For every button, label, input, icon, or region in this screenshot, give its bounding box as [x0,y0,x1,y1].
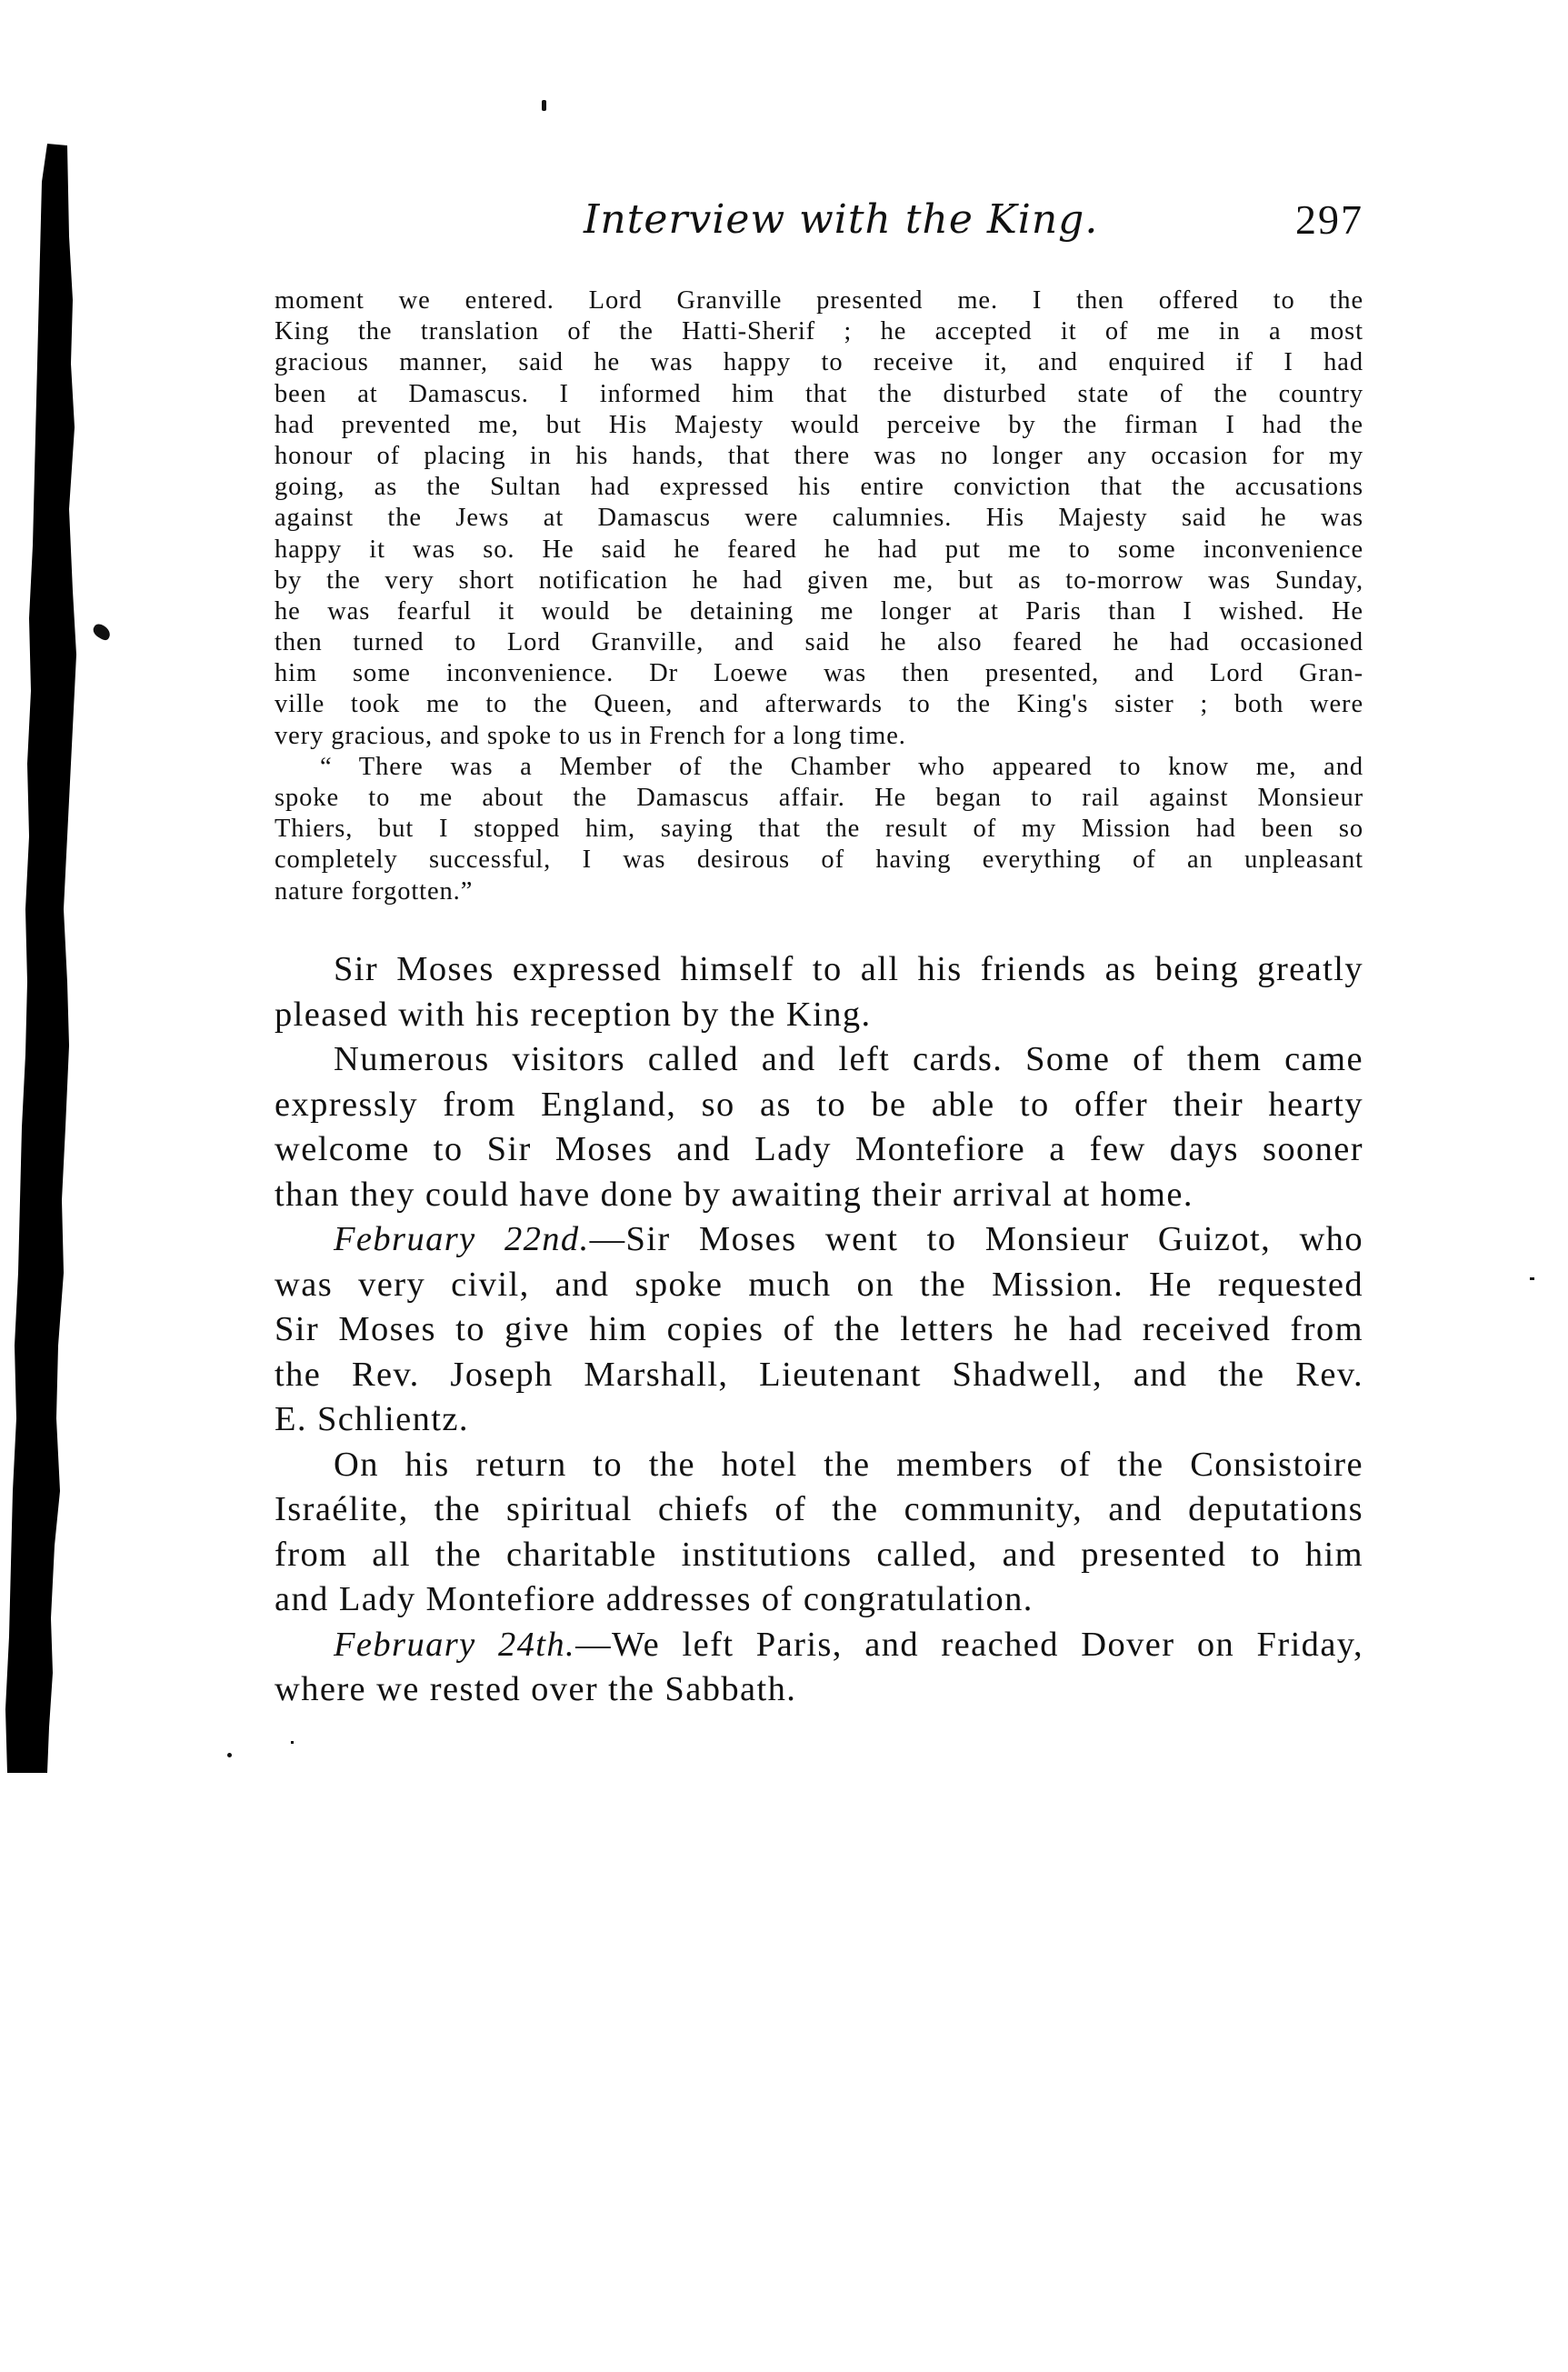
text-line: honour of placing in his hands, that the… [275,441,1363,472]
text-line: happy it was so. He said he feared he ha… [275,535,1363,565]
text-line: nature forgotten.” [275,876,1363,907]
text-line: gracious manner, said he was happy to re… [275,347,1363,378]
text-line: the Rev. Joseph Marshall, Lieutenant Sha… [275,1353,1363,1398]
text-line: King the translation of the Hatti-Sherif… [275,316,1363,347]
text-line: against the Jews at Damascus were calumn… [275,503,1363,534]
book-page: Interview with the King. 297 moment we e… [0,0,1568,2372]
scan-speck [227,1753,232,1757]
text-line: was very civil, and spoke much on the Mi… [275,1263,1363,1308]
text-line: from all the charitable institutions cal… [275,1533,1363,1578]
text-run: —Sir Moses went to Monsieur Guizot, who [590,1220,1363,1258]
paragraph: Sir Moses expressed himself to all his f… [275,947,1363,1037]
text-line: where we rested over the Sabbath. [275,1667,1363,1713]
page-number: 297 [1295,193,1363,247]
quoted-letter: moment we entered. Lord Granville presen… [275,285,1363,907]
text-line: spoke to me about the Damascus affair. H… [275,783,1363,814]
text-line: On his return to the hotel the members o… [275,1443,1363,1488]
text-line: E. Schlientz. [275,1397,1363,1443]
running-title: Interview with the King. [584,193,1098,247]
text-run: —We left Paris, and reached Dover on Fri… [575,1626,1363,1664]
text-line: then turned to Lord Granville, and said … [275,627,1363,658]
text-line: moment we entered. Lord Granville presen… [275,285,1363,316]
text-line: than they could have done by awaiting th… [275,1173,1363,1218]
text-line: “ There was a Member of the Chamber who … [275,752,1363,783]
text-line: Numerous visitors called and left cards.… [275,1037,1363,1083]
scan-speck [1530,1277,1534,1280]
date-label: February 24th. [334,1626,575,1664]
date-label: February 22nd. [334,1220,590,1258]
text-line: completely successful, I was desirous of… [275,845,1363,876]
text-line: ville took me to the Queen, and afterwar… [275,689,1363,720]
scan-speck [291,1741,294,1744]
text-line: he was fearful it would be detaining me … [275,596,1363,627]
text-line: Sir Moses to give him copies of the lett… [275,1307,1363,1353]
text-line: welcome to Sir Moses and Lady Montefiore… [275,1127,1363,1173]
body-text: Sir Moses expressed himself to all his f… [275,947,1363,1713]
text-line: had prevented me, but His Majesty would … [275,410,1363,441]
text-line: pleased with his reception by the King. [275,993,1363,1038]
text-line: Thiers, but I stopped him, saying that t… [275,814,1363,845]
text-line: by the very short notification he had gi… [275,565,1363,596]
text-line: Sir Moses expressed himself to all his f… [275,947,1363,993]
text-line: him some inconvenience. Dr Loewe was the… [275,658,1363,689]
text-line: expressly from England, so as to be able… [275,1083,1363,1128]
text-line: and Lady Montefiore addresses of congrat… [275,1577,1363,1623]
text-line: been at Damascus. I informed him that th… [275,379,1363,410]
text-line: Israélite, the spiritual chiefs of the c… [275,1487,1363,1533]
text-line: very gracious, and spoke to us in French… [275,721,1363,752]
text-line: February 22nd.—Sir Moses went to Monsieu… [275,1217,1363,1263]
scan-speck [542,100,546,111]
text-line: going, as the Sultan had expressed his e… [275,472,1363,503]
paragraph: On his return to the hotel the members o… [275,1443,1363,1623]
scan-edge-shadow [0,0,109,2372]
page-header: Interview with the King. 297 [275,193,1363,247]
paragraph-feb-24: February 24th.—We left Paris, and reache… [275,1623,1363,1713]
paragraph: Numerous visitors called and left cards.… [275,1037,1363,1217]
paragraph-feb-22: February 22nd.—Sir Moses went to Monsieu… [275,1217,1363,1443]
text-line: February 24th.—We left Paris, and reache… [275,1623,1363,1668]
